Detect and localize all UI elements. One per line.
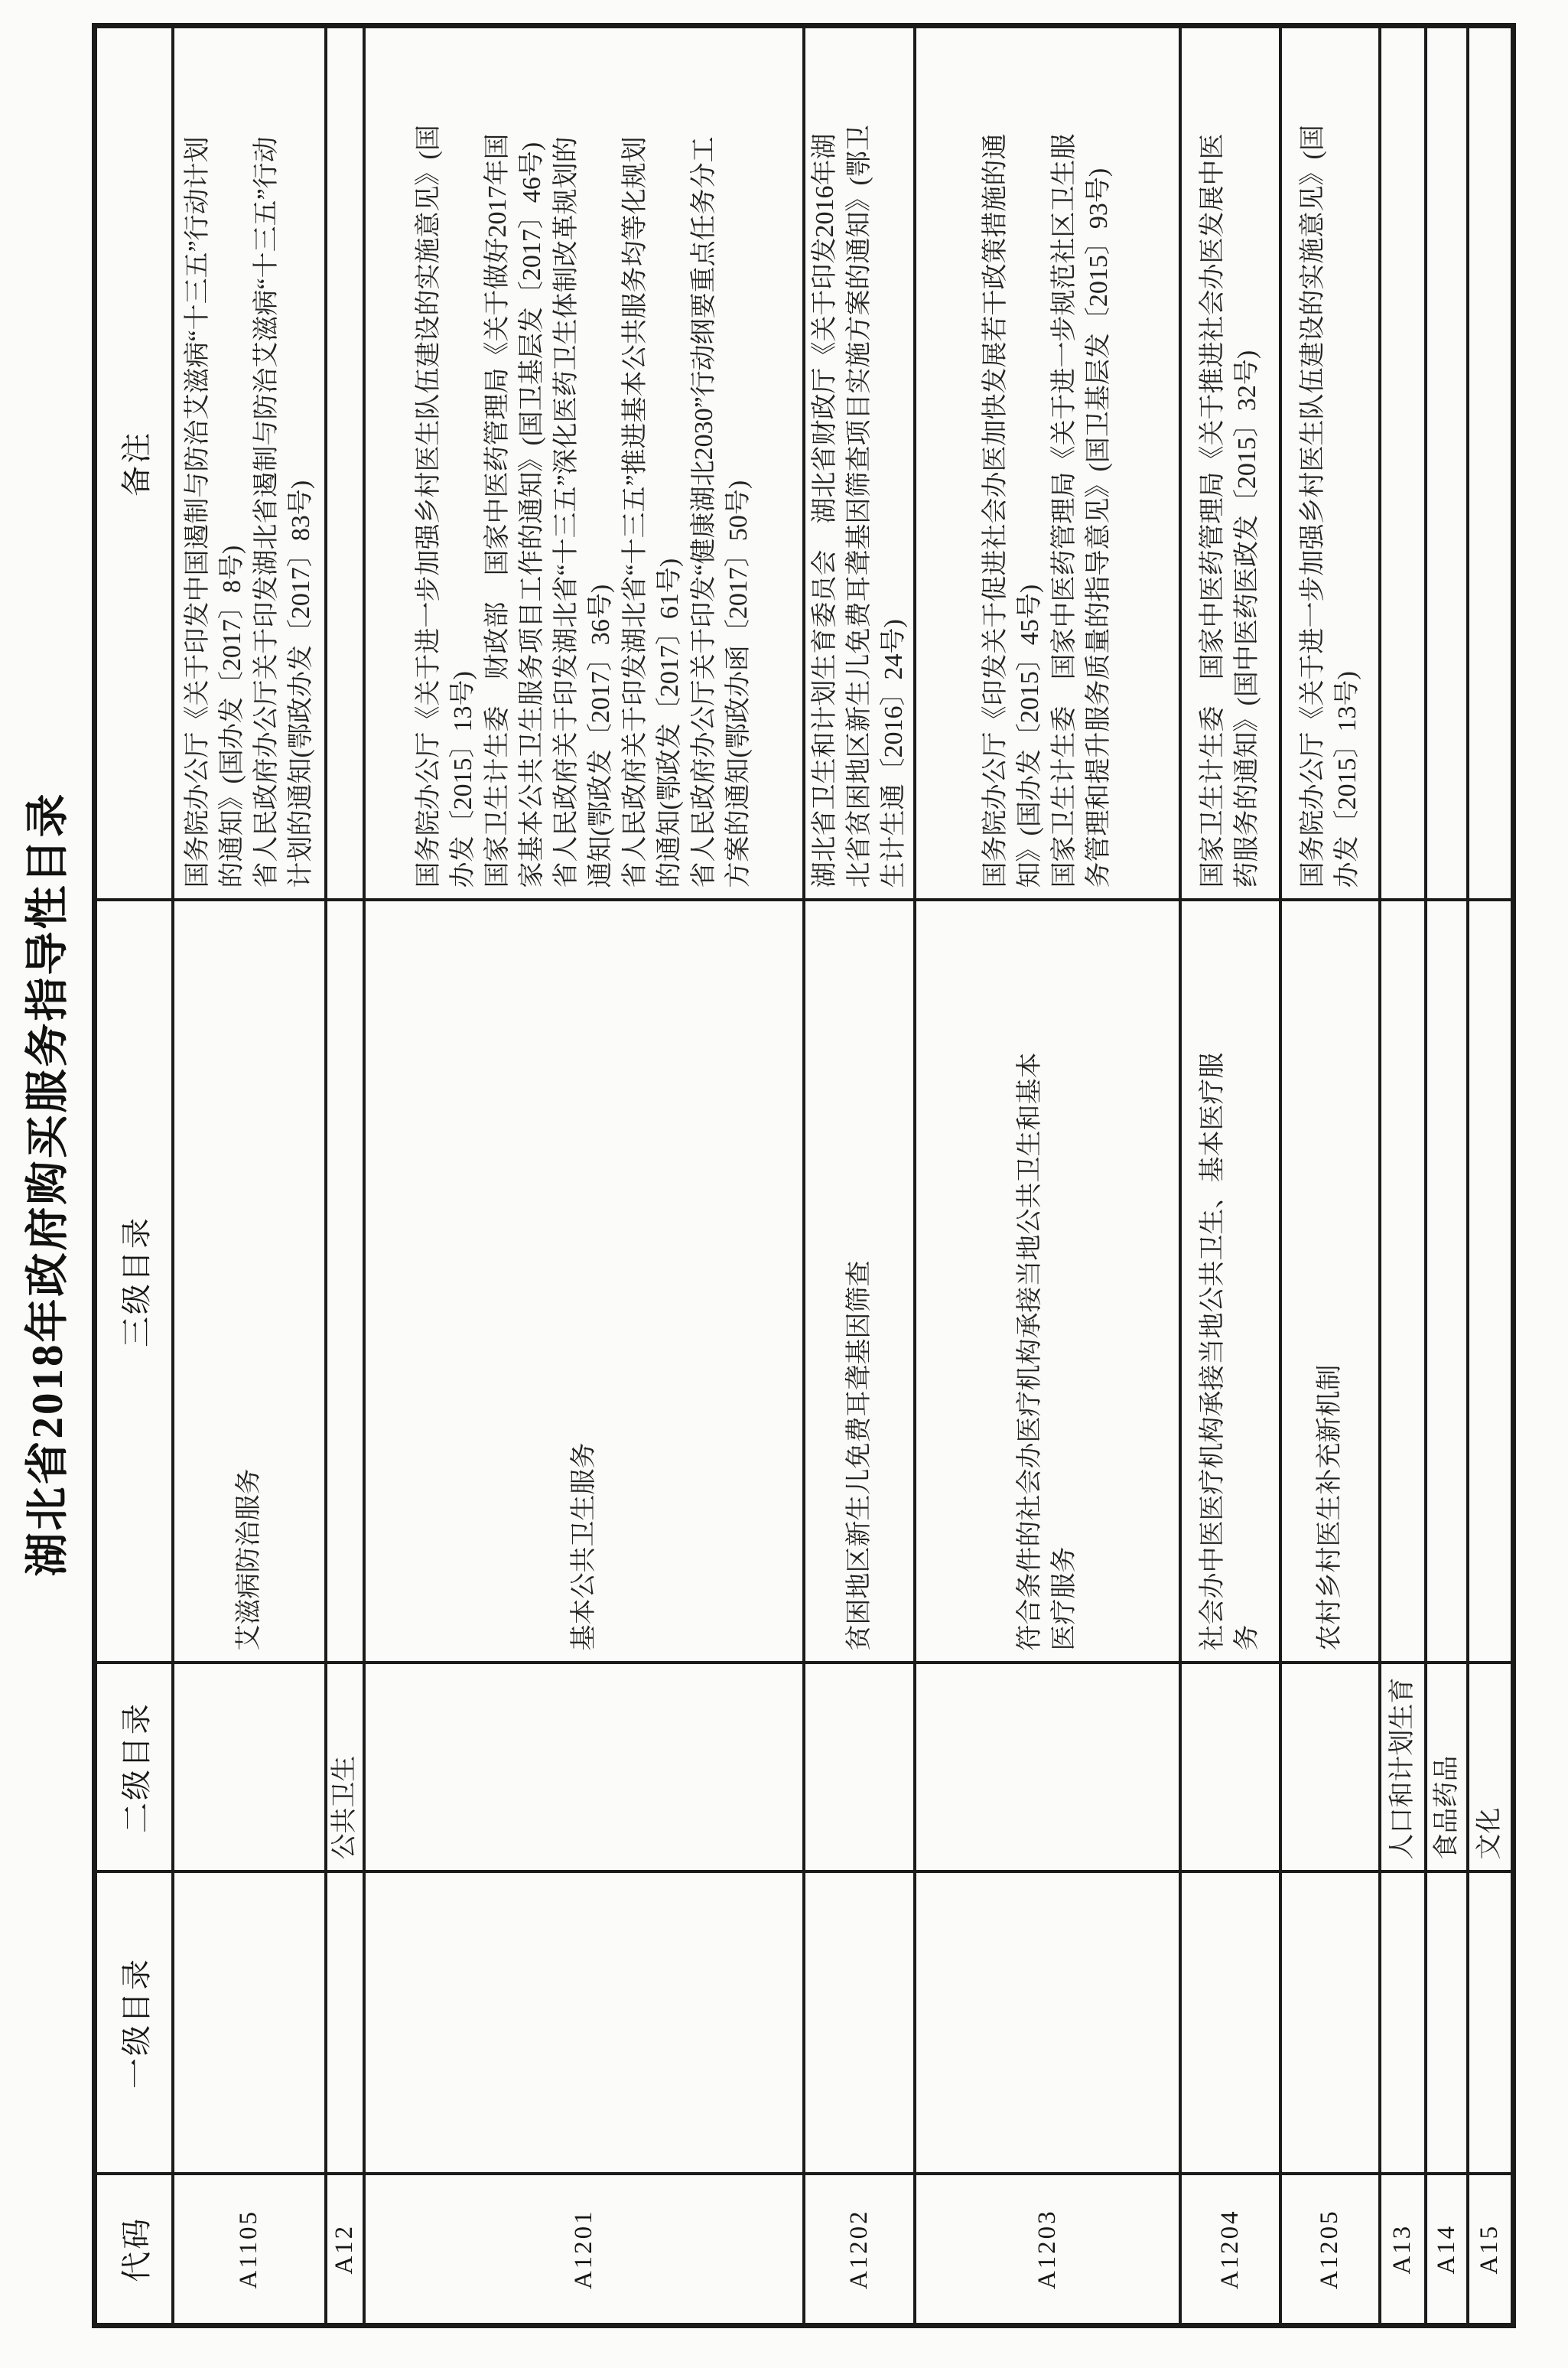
remark-paragraph: 国务院办公厅《关于进一步加强乡村医生队伍建设的实施意见》(国办发〔2015〕13… [412, 117, 480, 888]
header-code: 代码 [95, 2174, 173, 2326]
level3-cell [326, 901, 364, 1663]
level3-text: 农村乡村医生补充新机制 [1313, 1030, 1347, 1651]
level2-cell [1180, 1663, 1280, 1872]
remark-paragraph: 省人民政府办公厅关于印发“健康湖北2030”行动纲要重点任务分工方案的通知(鄂政… [687, 117, 756, 888]
level2-text: 文化 [1472, 1669, 1507, 1860]
table-row: A13 人口和计划生育 [1380, 26, 1426, 2326]
remark-cell: 国家卫生计生委 国家中医药管理局《关于推进社会办医发展中医药服务的通知》(国中医… [1180, 26, 1280, 901]
table-row: A1205 农村乡村医生补充新机制 国务院办公厅《关于进一步加强乡村医生队伍建设… [1280, 26, 1380, 2326]
remark-text: 湖北省卫生和计划生育委员会 湖北省财政厅《关于印发2016年湖北省贫困地区新生儿… [808, 117, 911, 888]
remark-cell [1468, 26, 1514, 901]
remark-cell [326, 26, 364, 901]
level1-cell [804, 1872, 915, 2174]
code-cell: A1204 [1180, 2174, 1280, 2326]
level2-cell [173, 1663, 326, 1872]
level1-cell [1380, 1872, 1426, 2174]
table-row: A1203 符合条件的社会办医疗机构承接当地公共卫生和基本医疗服务 国务院办公厅… [915, 26, 1180, 2326]
level3-text: 基本公共卫生服务 [567, 1030, 601, 1651]
code-cell: A15 [1468, 2174, 1514, 2326]
code-cell: A12 [326, 2174, 364, 2326]
code-cell: A1202 [804, 2174, 915, 2326]
header-row: 代码 一级目录 二级目录 三级目录 备注 [95, 26, 173, 2326]
remark-paragraph: 国务院办公厅《关于印发中国遏制与防治艾滋病“十三五”行动计划的通知》(国办发〔2… [181, 117, 249, 888]
level3-cell: 贫困地区新生儿免费耳聋基因筛查 [804, 901, 915, 1663]
level1-cell [1468, 1872, 1514, 2174]
level1-cell [1426, 1872, 1468, 2174]
level1-cell [1280, 1872, 1380, 2174]
level2-cell: 公共卫生 [326, 1663, 364, 1872]
remark-text: 国务院办公厅《关于印发中国遏制与防治艾滋病“十三五”行动计划的通知》(国办发〔2… [181, 117, 318, 888]
level3-cell: 农村乡村医生补充新机制 [1280, 901, 1380, 1663]
remark-paragraph: 国务院办公厅《印发关于促进社会办医加快发展若干政策措施的通知》(国办发〔2015… [978, 117, 1047, 888]
level1-cell [364, 1872, 804, 2174]
remark-cell: 湖北省卫生和计划生育委员会 湖北省财政厅《关于印发2016年湖北省贫困地区新生儿… [804, 26, 915, 901]
remark-paragraph: 省人民政府关于印发湖北省“十三五”深化医药卫生体制改革规划的通知(鄂政发〔201… [549, 117, 618, 888]
remark-cell: 国务院办公厅《关于进一步加强乡村医生队伍建设的实施意见》(国办发〔2015〕13… [364, 26, 804, 901]
level3-text: 贫困地区新生儿免费耳聋基因筛查 [842, 1030, 877, 1651]
table-row: A14 食品药品 [1426, 26, 1468, 2326]
level1-cell [173, 1872, 326, 2174]
table-row: A12 公共卫生 [326, 26, 364, 2326]
level2-cell: 食品药品 [1426, 1663, 1468, 1872]
level1-cell [326, 1872, 364, 2174]
remark-cell: 国务院办公厅《印发关于促进社会办医加快发展若干政策措施的通知》(国办发〔2015… [915, 26, 1180, 901]
level2-cell [364, 1663, 804, 1872]
level3-text: 符合条件的社会办医疗机构承接当地公共卫生和基本医疗服务 [1013, 1030, 1082, 1651]
code-cell: A1201 [364, 2174, 804, 2326]
remark-cell: 国务院办公厅《关于印发中国遏制与防治艾滋病“十三五”行动计划的通知》(国办发〔2… [173, 26, 326, 901]
level1-cell [915, 1872, 1180, 2174]
level3-text: 社会办中医医疗机构承接当地公共卫生、基本医疗服务 [1196, 1030, 1264, 1651]
remark-paragraph: 省人民政府关于印发湖北省“十三五”推进基本公共服务均等化规划的通知(鄂政发〔20… [618, 117, 687, 888]
level3-cell [1426, 901, 1468, 1663]
level2-cell: 人口和计划生育 [1380, 1663, 1426, 1872]
table-row: A1105 艾滋病防治服务 国务院办公厅《关于印发中国遏制与防治艾滋病“十三五”… [173, 26, 326, 2326]
code-cell: A1203 [915, 2174, 1180, 2326]
header-remark: 备注 [95, 26, 173, 901]
level3-cell [1380, 901, 1426, 1663]
level3-cell: 符合条件的社会办医疗机构承接当地公共卫生和基本医疗服务 [915, 901, 1180, 1663]
table-row: A1204 社会办中医医疗机构承接当地公共卫生、基本医疗服务 国家卫生计生委 国… [1180, 26, 1280, 2326]
remark-text: 国务院办公厅《印发关于促进社会办医加快发展若干政策措施的通知》(国办发〔2015… [978, 117, 1116, 888]
catalog-table: 代码 一级目录 二级目录 三级目录 备注 A1105 艾滋病防治服务 国务院办公… [92, 23, 1516, 2328]
remark-text: 国务院办公厅《关于进一步加强乡村医生队伍建设的实施意见》(国办发〔2015〕13… [412, 117, 756, 888]
level3-cell: 基本公共卫生服务 [364, 901, 804, 1663]
level2-cell [1280, 1663, 1380, 1872]
remark-paragraph: 国家卫生计生委 国家中医药管理局《关于推进社会办医发展中医药服务的通知》(国中医… [1196, 117, 1264, 888]
remark-cell [1426, 26, 1468, 901]
header-level1: 一级目录 [95, 1872, 173, 2174]
remark-paragraph: 湖北省卫生和计划生育委员会 湖北省财政厅《关于印发2016年湖北省贫困地区新生儿… [808, 117, 911, 888]
code-cell: A1205 [1280, 2174, 1380, 2326]
code-cell: A13 [1380, 2174, 1426, 2326]
level2-text: 公共卫生 [327, 1669, 362, 1860]
level3-cell: 社会办中医医疗机构承接当地公共卫生、基本医疗服务 [1180, 901, 1280, 1663]
level3-cell: 艾滋病防治服务 [173, 901, 326, 1663]
header-level3: 三级目录 [95, 901, 173, 1663]
level2-cell: 文化 [1468, 1663, 1514, 1872]
remark-cell [1380, 26, 1426, 901]
remark-paragraph: 国务院办公厅《关于进一步加强乡村医生队伍建设的实施意见》(国办发〔2015〕13… [1296, 117, 1365, 888]
remark-paragraph: 国家卫生计生委 国家中医药管理局《关于进一步规范社区卫生服务管理和提升服务质量的… [1047, 117, 1116, 888]
remark-cell: 国务院办公厅《关于进一步加强乡村医生队伍建设的实施意见》(国办发〔2015〕13… [1280, 26, 1380, 901]
level1-cell [1180, 1872, 1280, 2174]
level3-text: 艾滋病防治服务 [232, 1030, 266, 1651]
level2-cell [915, 1663, 1180, 1872]
remark-paragraph: 国家卫生计生委 财政部 国家中医药管理局《关于做好2017年国家基本公共卫生服务… [480, 117, 549, 888]
table-row: A15 文化 [1468, 26, 1514, 2326]
level3-cell [1468, 901, 1514, 1663]
level2-text: 人口和计划生育 [1385, 1669, 1420, 1860]
header-level2: 二级目录 [95, 1663, 173, 1872]
code-cell: A14 [1426, 2174, 1468, 2326]
remark-text: 国务院办公厅《关于进一步加强乡村医生队伍建设的实施意见》(国办发〔2015〕13… [1296, 117, 1365, 888]
table-row: A1202 贫困地区新生儿免费耳聋基因筛查 湖北省卫生和计划生育委员会 湖北省财… [804, 26, 915, 2326]
rotated-page: 湖北省2018年政府购买服务指导性目录 代码 一级目录 二级目录 三级目录 备注… [0, 0, 1568, 2368]
level2-cell [804, 1663, 915, 1872]
remark-paragraph: 省人民政府办公厅关于印发湖北省遏制与防治艾滋病“十三五”行动计划的通知(鄂政办发… [249, 117, 318, 888]
level2-text: 食品药品 [1430, 1669, 1464, 1860]
code-cell: A1105 [173, 2174, 326, 2326]
remark-text: 国家卫生计生委 国家中医药管理局《关于推进社会办医发展中医药服务的通知》(国中医… [1196, 117, 1264, 888]
page-title: 湖北省2018年政府购买服务指导性目录 [12, 0, 75, 2368]
table-row: A1201 基本公共卫生服务 国务院办公厅《关于进一步加强乡村医生队伍建设的实施… [364, 26, 804, 2326]
